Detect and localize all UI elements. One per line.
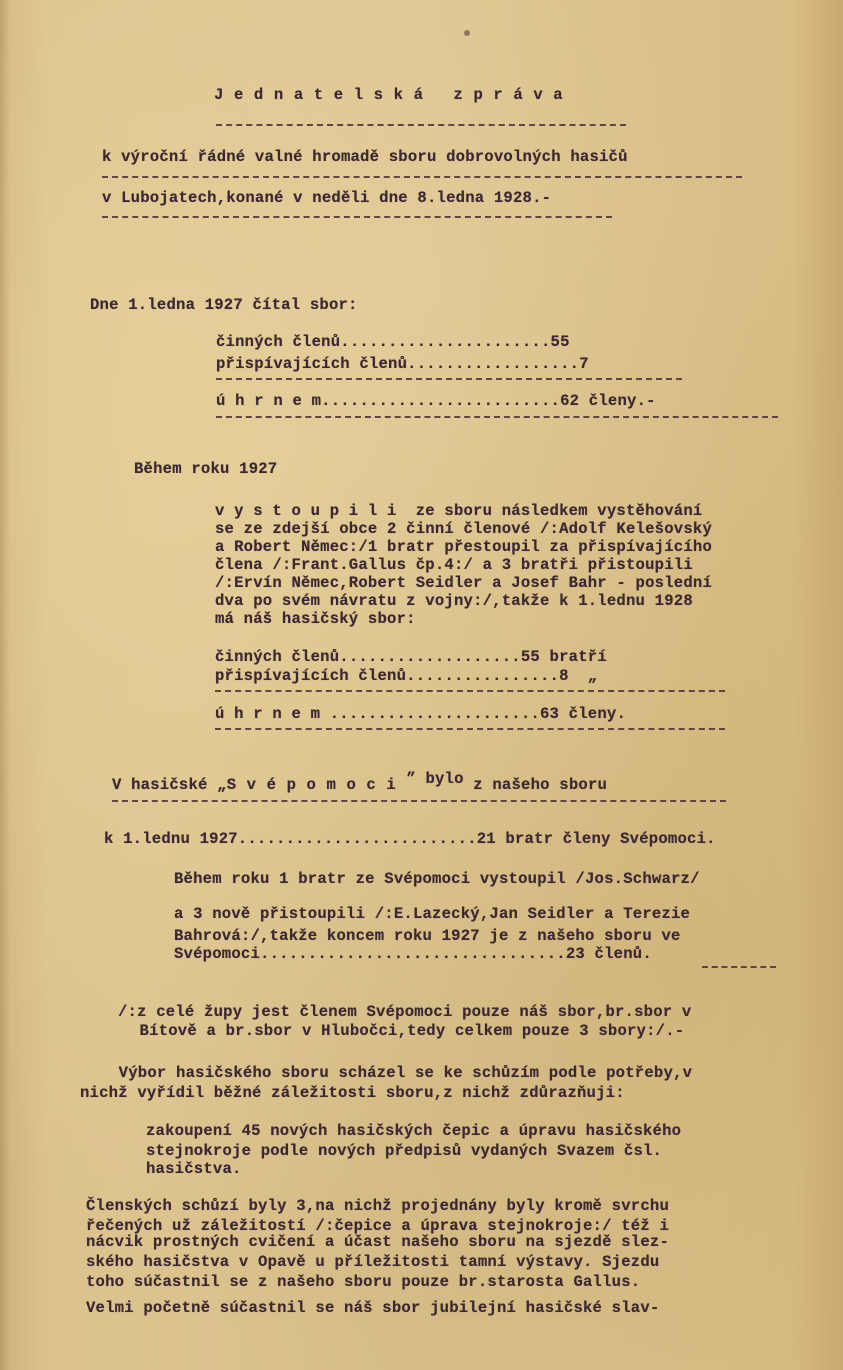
- row-dots: ...................: [339, 648, 521, 666]
- row-value: 55: [551, 333, 570, 351]
- section2-row-active: činných členů...................55 bratř…: [215, 648, 607, 666]
- total-value: 63: [540, 705, 559, 723]
- section2-total: ú h r n e m ......................63 čle…: [215, 705, 626, 723]
- section6-para-line: nácvik prostných cvičení a účast našeho …: [86, 1233, 669, 1251]
- heading-spaced-word: Svépomoci: [227, 776, 407, 794]
- section3-para-line: Během roku 1 bratr ze Svépomoci vystoupi…: [174, 870, 700, 888]
- section6-para-line: Velmi početně súčastnil se náš sbor jubi…: [86, 1299, 659, 1317]
- section1-row-contributing: přispívajících členů..................7: [216, 355, 589, 373]
- section5-item-line: hasičstva.: [146, 1160, 242, 1178]
- section3-total-underline: [702, 966, 776, 968]
- section1-total: ú h r n e m.........................62 č…: [216, 392, 656, 410]
- section3-heading: V hasičské „Svépomoci” bylo z našeho sbo…: [112, 776, 607, 794]
- section5-item-line: stejnokroje podle nových předpisů vydaný…: [146, 1142, 662, 1160]
- row-label: přispívajících členů: [215, 667, 406, 685]
- row-value: 7: [579, 355, 589, 373]
- heading-part-2: ” bylo: [406, 770, 463, 788]
- total-suffix: členy.: [559, 705, 626, 723]
- section2-total-underline: [215, 728, 725, 730]
- section2-para-line: člena /:Frant.Gallus čp.4:/ a 3 bratři p…: [215, 556, 693, 574]
- section2-para-line: /:Ervín Němec,Robert Seidler a Josef Bah…: [215, 574, 712, 592]
- section5-item-line: zakoupení 45 nových hasičských čepic a ú…: [146, 1122, 681, 1140]
- section3-para-line: a 3 nově přistoupili /:E.Lazecký,Jan Sei…: [174, 905, 690, 923]
- section2-para-line: a Robert Němec:/1 bratr přestoupil za př…: [215, 538, 712, 556]
- total-dots: .........................: [321, 392, 560, 410]
- subtitle-underline-2: [102, 216, 612, 218]
- section3-row: k 1.lednu 1927.........................2…: [104, 830, 716, 848]
- row-suffix: bratří: [540, 648, 607, 666]
- section5-para-line: Výbor hasičského sboru scházel se ke sch…: [90, 1064, 692, 1082]
- section1-row-active: činných členů......................55: [216, 333, 570, 351]
- row-dots: ................: [406, 667, 559, 685]
- subtitle-line-1: k výroční řádné valné hromadě sboru dobr…: [102, 148, 628, 166]
- total-value: 62: [560, 392, 579, 410]
- total-label: ú h r n e m: [216, 392, 321, 410]
- section3-para-line: Bahrová:/,takže koncem roku 1927 je z na…: [174, 927, 681, 945]
- section1-sum-line: [216, 378, 682, 380]
- section1-intro: Dne 1.ledna 1927 čítal sbor:: [90, 296, 358, 314]
- section6-para-line: Členských schůzí byly 3,na nichž projedn…: [86, 1197, 669, 1215]
- row-label: činných členů: [215, 648, 339, 666]
- section6-para-line: toho súčastnil se z našeho sboru pouze b…: [86, 1273, 640, 1291]
- row-label: přispívajících členů: [216, 355, 407, 373]
- paper-edge-shadow: [0, 0, 10, 1370]
- subtitle-underline-1: [102, 176, 742, 178]
- section2-para-line: dva po svém návratu z vojny:/,takže k 1.…: [215, 592, 693, 610]
- document-title: Jednatelská zpráva: [214, 86, 573, 104]
- section2-para-line: má náš hasičský sbor:: [215, 610, 416, 628]
- ink-spot: [464, 30, 470, 36]
- section1-total-underline: [216, 416, 778, 418]
- total-suffix: členy.-: [579, 392, 655, 410]
- row-suffix: „: [569, 667, 598, 685]
- section2-intro: Během roku 1927: [134, 460, 277, 478]
- row-value: 55: [521, 648, 540, 666]
- subtitle-line-2: v Lubojatech,konané v neděli dne 8.ledna…: [102, 189, 551, 207]
- section2-row-contributing: přispívajících členů................8 „: [215, 667, 597, 685]
- scanned-document-page: Jednatelská zpráva k výroční řádné valné…: [0, 0, 843, 1370]
- section6-para-line: ského hasičstva v Opavě u příležitosti t…: [86, 1253, 659, 1271]
- section2-para-line: v y s t o u p i l i ze sboru následkem v…: [215, 502, 702, 520]
- total-dots: ......................: [320, 705, 540, 723]
- total-label: ú h r n e m: [215, 705, 320, 723]
- heading-part-1: V hasičské „: [112, 776, 227, 794]
- heading-part-3: z našeho sboru: [464, 776, 607, 794]
- row-dots: ..................: [407, 355, 579, 373]
- section3-para-line: Svépomoci...............................…: [174, 945, 652, 963]
- row-value: 8: [559, 667, 569, 685]
- section4-note-line: /:z celé župy jest členem Svépomoci pouz…: [118, 1003, 691, 1021]
- section2-sum-line: [215, 690, 725, 692]
- title-underline: [216, 124, 626, 126]
- section4-note-line: Bítově a br.sbor v Hlubočci,tedy celkem …: [130, 1022, 684, 1040]
- row-label: činných členů: [216, 333, 340, 351]
- section5-para-line: nichž vyřídil běžné záležitosti sboru,z …: [80, 1084, 625, 1102]
- section3-heading-underline: [112, 800, 726, 802]
- row-dots: ......................: [340, 333, 550, 351]
- section2-para-line: se ze zdejší obce 2 činní členové /:Adol…: [215, 520, 712, 538]
